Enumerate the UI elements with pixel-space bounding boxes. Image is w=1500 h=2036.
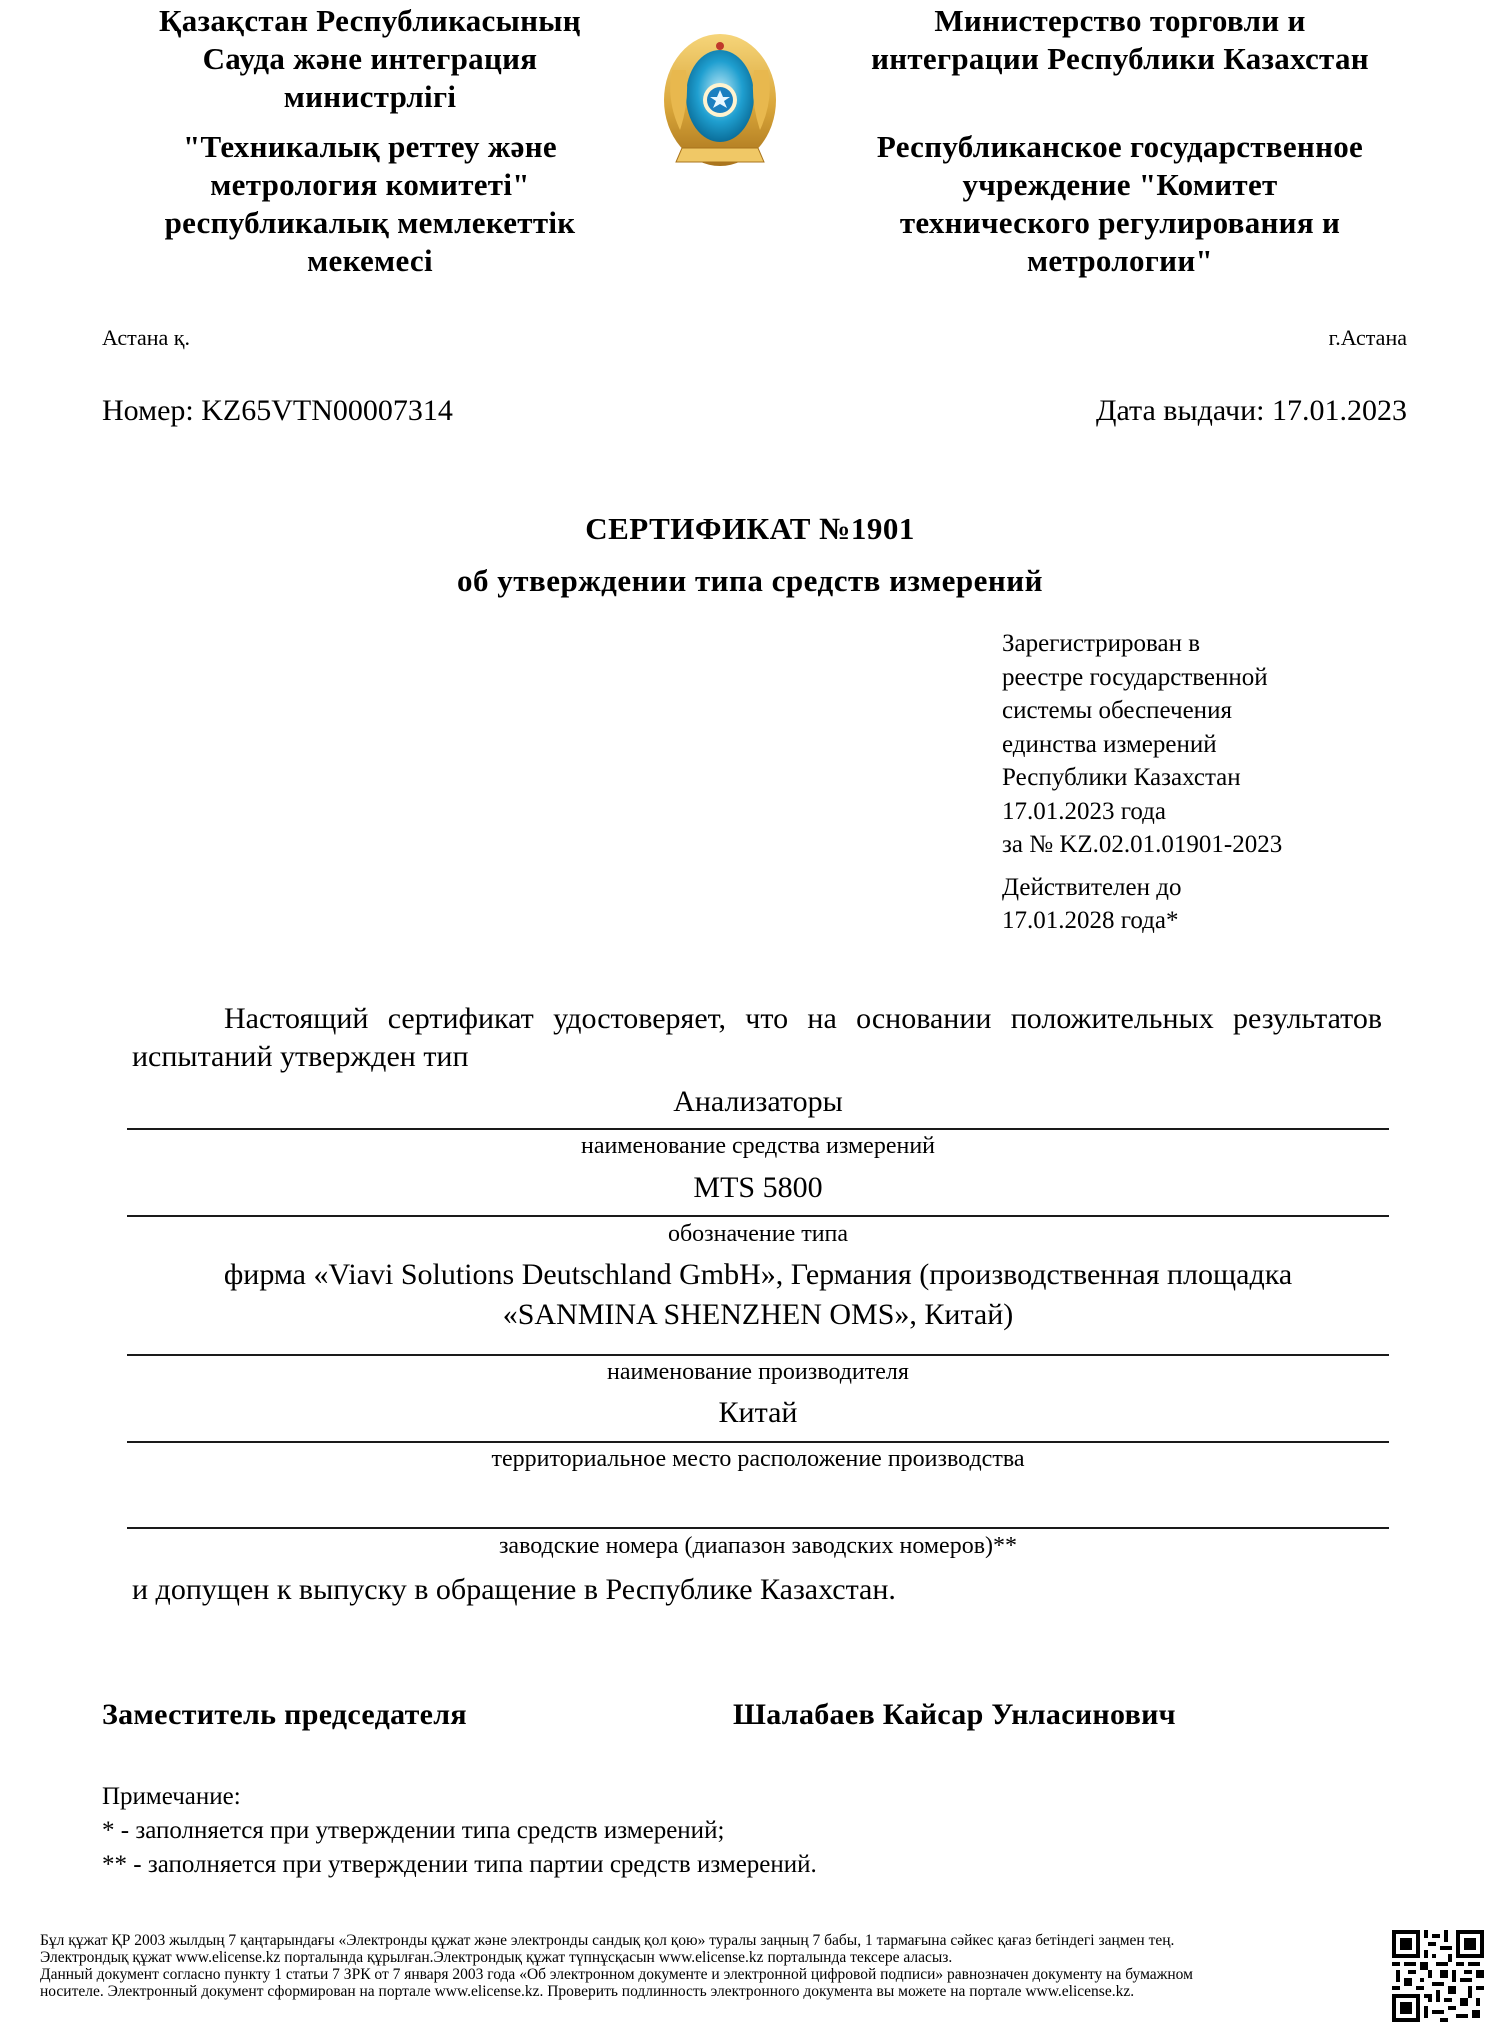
committee-ru-line: метрологии": [840, 242, 1400, 280]
committee-kz-line: "Техникалық реттеу және: [110, 128, 630, 166]
divider: [127, 1354, 1389, 1356]
title-line-1: СЕРТИФИКАТ №1901: [0, 503, 1500, 555]
header-ru: Министерство торговли и интеграции Респу…: [840, 2, 1400, 280]
manufacturer: фирма «Viavi Solutions Deutschland GmbH»…: [128, 1255, 1388, 1335]
registry-line: единства измерений: [1002, 728, 1402, 762]
registry-line: реестре государственной: [1002, 661, 1402, 695]
registry-line: Республики Казахстан: [1002, 761, 1402, 795]
city-kz: Астана қ.: [102, 325, 190, 351]
ministry-kz-line: Қазақстан Республикасының: [110, 2, 630, 40]
instrument-name: Анализаторы: [128, 1082, 1388, 1122]
closing-statement: и допущен к выпуску в обращение в Респуб…: [132, 1573, 896, 1607]
legal-line: носителе. Электронный документ сформиров…: [40, 1983, 1370, 2000]
type-designation-caption: обозначение типа: [128, 1219, 1388, 1249]
certificate-title: СЕРТИФИКАТ №1901 об утверждении типа сре…: [0, 503, 1500, 607]
registry-number: за № KZ.02.01.01901-2023: [1002, 828, 1402, 862]
city-ru: г.Астана: [1329, 325, 1407, 351]
signatory-role: Заместитель председателя: [102, 1698, 467, 1732]
registry-line: 17.01.2023 года: [1002, 795, 1402, 829]
ministry-ru-line: Министерство торговли и: [840, 2, 1400, 40]
valid-until-date: 17.01.2028 года*: [1002, 904, 1402, 938]
ministry-kz-line: министрлігі: [110, 78, 630, 116]
title-line-2: об утверждении типа средств измерений: [0, 555, 1500, 607]
state-emblem-icon: [662, 30, 778, 178]
divider: [127, 1441, 1389, 1443]
manufacturer-caption: наименование производителя: [128, 1357, 1388, 1387]
note-item: ** - заполняется при утверждении типа па…: [102, 1848, 817, 1882]
production-location-caption: территориальное место расположение произ…: [128, 1444, 1388, 1474]
committee-kz-line: республикалық мемлекеттік: [110, 204, 630, 242]
serial-numbers-caption: заводские номера (диапазон заводских ном…: [128, 1531, 1388, 1561]
registry-line: Зарегистрирован в: [1002, 627, 1402, 661]
ministry-ru-line: интеграции Республики Казахстан: [840, 40, 1400, 78]
qr-code-icon[interactable]: [1392, 1930, 1484, 2022]
legal-line: Данный документ согласно пункту 1 статьи…: [40, 1966, 1370, 1983]
divider: [127, 1128, 1389, 1130]
production-location: Китай: [128, 1393, 1388, 1433]
legal-line: Бұл құжат ҚР 2003 жылдың 7 қаңтарындағы …: [40, 1932, 1370, 1949]
legal-line: Электрондық құжат www.elicense.kz портал…: [40, 1949, 1370, 1966]
committee-ru-line: технического регулирования и: [840, 204, 1400, 242]
committee-ru-line: Республиканское государственное: [840, 128, 1400, 166]
divider: [127, 1527, 1389, 1529]
notes: Примечание: * - заполняется при утвержде…: [102, 1780, 817, 1882]
signatory-name: Шалабаев Кайсар Унласинович: [733, 1698, 1176, 1732]
issue-date: Дата выдачи: 17.01.2023: [1096, 394, 1407, 428]
instrument-name-caption: наименование средства измерений: [128, 1131, 1388, 1161]
header-kz: Қазақстан Республикасының Сауда және инт…: [110, 2, 630, 280]
registry-line: системы обеспечения: [1002, 694, 1402, 728]
manufacturer-line: «SANMINA SHENZHEN OMS», Китай): [128, 1295, 1388, 1335]
committee-kz-line: мекемесі: [110, 242, 630, 280]
note-item: * - заполняется при утверждении типа сре…: [102, 1814, 817, 1848]
intro-paragraph: Настоящий сертификат удостоверяет, что н…: [132, 1000, 1382, 1076]
manufacturer-line: фирма «Viavi Solutions Deutschland GmbH»…: [128, 1255, 1388, 1295]
valid-until-label: Действителен до: [1002, 871, 1402, 905]
committee-kz-line: метрология комитеті": [110, 166, 630, 204]
divider: [127, 1215, 1389, 1217]
committee-ru-line: учреждение "Комитет: [840, 166, 1400, 204]
notes-title: Примечание:: [102, 1780, 817, 1814]
legal-footer: Бұл құжат ҚР 2003 жылдың 7 қаңтарындағы …: [40, 1932, 1370, 2000]
ministry-kz-line: Сауда және интеграция: [110, 40, 630, 78]
document-number: Номер: KZ65VTN00007314: [102, 394, 453, 428]
registry-info: Зарегистрирован в реестре государственно…: [1002, 627, 1402, 938]
type-designation: MTS 5800: [128, 1168, 1388, 1208]
